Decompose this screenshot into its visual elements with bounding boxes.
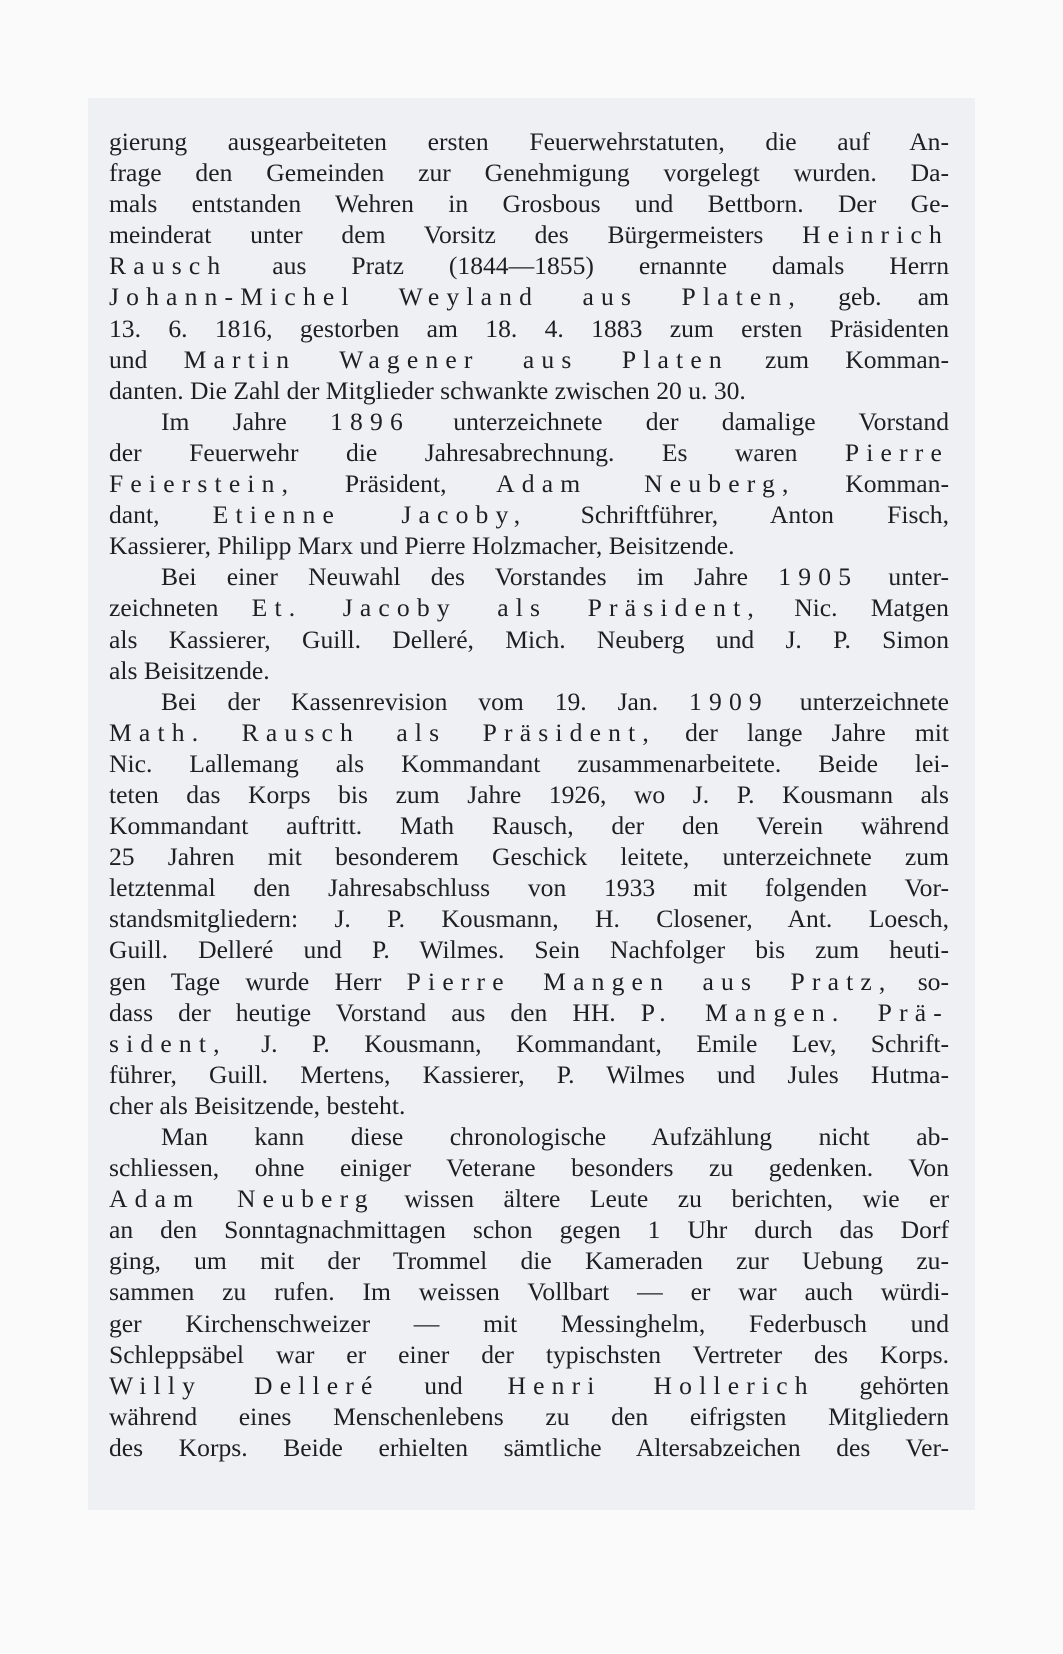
text-line: dass der heutige Vorstand aus den HH. P.… [109,997,949,1028]
spaced-name: Feierstein, [109,469,295,498]
spaced-name: Et. Jacoby als Präsident, [252,593,761,622]
text-run: der Feuerwehr die Jahresabrechnung. Es w… [109,438,845,467]
body-text: gierung ausgearbeiteten ersten Feuerwehr… [109,126,949,1463]
text-line: ging, um mit der Trommel die Kameraden z… [109,1245,949,1276]
text-run: gen Tage wurde Herr [109,967,407,996]
text-line: gen Tage wurde Herr Pierre Mangen aus Pr… [109,966,949,997]
text-line: meinderat unter dem Vorsitz des Bürgerme… [109,219,949,250]
spaced-name: Henri Hollerich [507,1371,814,1400]
spaced-name: Heinrich [802,220,949,249]
text-run: zeichneten [109,593,252,622]
text-run: der lange Jahre mit [656,718,949,747]
text-line: danten. Die Zahl der Mitglieder schwankt… [109,375,949,406]
text-run: meinderat unter dem Vorsitz des Bürgerme… [109,220,802,249]
text-line: als Beisitzende. [109,655,949,686]
text-line: Nic. Lallemang als Kommandant zusammenar… [109,748,949,779]
text-line: Math. Rausch als Präsident, der lange Ja… [109,717,949,748]
text-run: dant, [109,500,213,529]
text-line: 25 Jahren mit besonderem Geschick leitet… [109,841,949,872]
text-run: zum Komman- [729,345,949,374]
text-line: sammen zu rufen. Im weissen Vollbart — e… [109,1276,949,1307]
text-line: als Kassierer, Guill. Delleré, Mich. Neu… [109,624,949,655]
text-line: und Martin Wagener aus Platen zum Komman… [109,344,949,375]
text-line: schliessen, ohne einiger Veterane besond… [109,1152,949,1183]
text-line: während eines Menschenlebens zu den eifr… [109,1401,949,1432]
spaced-name: 1896 [330,407,410,436]
text-line: mals entstanden Wehren in Grosbous und B… [109,188,949,219]
spaced-name: Pierre [845,438,949,467]
text-line: ger Kirchenschweizer — mit Messinghelm, … [109,1308,949,1339]
spaced-name: 1905 [778,562,858,591]
text-line: der Feuerwehr die Jahresabrechnung. Es w… [109,437,949,468]
text-run: Bei der Kassenrevision vom 19. Jan. [161,687,689,716]
text-line: Kommandant auftritt. Math Rausch, der de… [109,810,949,841]
text-line: des Korps. Beide erhielten sämtliche Alt… [109,1432,949,1463]
spaced-name: Pierre Mangen aus Pratz, [407,967,893,996]
text-line: Johann-Michel Weyland aus Platen, geb. a… [109,281,949,312]
text-line: Kassierer, Philipp Marx und Pierre Holzm… [109,530,949,561]
text-line: letztenmal den Jahresabschluss von 1933 … [109,872,949,903]
spaced-name: Johann-Michel Weyland aus Platen, [109,282,802,311]
text-line: teten das Korps bis zum Jahre 1926, wo J… [109,779,949,810]
text-line: gierung ausgearbeiteten ersten Feuerwehr… [109,126,949,157]
text-line: standsmitgliedern: J. P. Kousmann, H. Cl… [109,903,949,934]
spaced-name: P. Mangen. Prä- [641,998,949,1027]
text-run: Im Jahre [161,407,330,436]
text-run: Präsident, [295,469,496,498]
spaced-name: Math. Rausch als Präsident, [109,718,656,747]
text-run: Komman- [796,469,949,498]
text-run: und [380,1371,508,1400]
text-line: Willy Delleré und Henri Hollerich gehört… [109,1370,949,1401]
text-line: an den Sonntagnachmittagen schon gegen 1… [109,1214,949,1245]
text-run: wissen ältere Leute zu berichten, wie er [375,1184,949,1213]
text-run: so- [892,967,949,996]
spaced-name: Martin Wagener aus Platen [184,345,729,374]
text-run: unterzeichnete [769,687,949,716]
text-run: Nic. Matgen [761,593,949,622]
text-run: gehörten [815,1371,949,1400]
text-line: 13. 6. 1816, gestorben am 18. 4. 1883 zu… [109,313,949,344]
text-line: Adam Neuberg wissen ältere Leute zu beri… [109,1183,949,1214]
text-run: geb. am [802,282,949,311]
text-line: frage den Gemeinden zur Genehmigung vorg… [109,157,949,188]
text-line: Man kann diese chronologische Aufzählung… [109,1121,949,1152]
text-line: sident, J. P. Kousmann, Kommandant, Emil… [109,1028,949,1059]
text-run: J. P. Kousmann, Kommandant, Emile Lev, S… [227,1029,949,1058]
text-line: Rausch aus Pratz (1844—1855) ernannte da… [109,250,949,281]
spaced-name: sident, [109,1029,227,1058]
spaced-name: Willy Delleré [109,1371,380,1400]
spaced-name: 1909 [689,687,769,716]
text-run: unter- [858,562,949,591]
spaced-name: Adam Neuberg, [496,469,795,498]
text-run: Schriftführer, Anton Fisch, [527,500,949,529]
text-line: cher als Beisitzende, besteht. [109,1090,949,1121]
text-line: dant, Etienne Jacoby, Schriftführer, Ant… [109,499,949,530]
text-line: Bei einer Neuwahl des Vorstandes im Jahr… [109,561,949,592]
text-run: aus Pratz (1844—1855) ernannte damals He… [227,251,949,280]
text-line: Guill. Delleré und P. Wilmes. Sein Nachf… [109,934,949,965]
spaced-name: Etienne Jacoby, [213,500,528,529]
text-line: Bei der Kassenrevision vom 19. Jan. 1909… [109,686,949,717]
spaced-name: Rausch [109,251,227,280]
text-run: dass der heutige Vorstand aus den HH. [109,998,641,1027]
text-line: Feierstein, Präsident, Adam Neuberg, Kom… [109,468,949,499]
text-line: zeichneten Et. Jacoby als Präsident, Nic… [109,592,949,623]
text-line: führer, Guill. Mertens, Kassierer, P. Wi… [109,1059,949,1090]
text-line: Schleppsäbel war er einer der typischste… [109,1339,949,1370]
text-run: unterzeichnete der damalige Vorstand [410,407,949,436]
text-line: Im Jahre 1896 unterzeichnete der damalig… [109,406,949,437]
text-run: Bei einer Neuwahl des Vorstandes im Jahr… [161,562,778,591]
text-run: und [109,345,184,374]
spaced-name: Adam Neuberg [109,1184,375,1213]
